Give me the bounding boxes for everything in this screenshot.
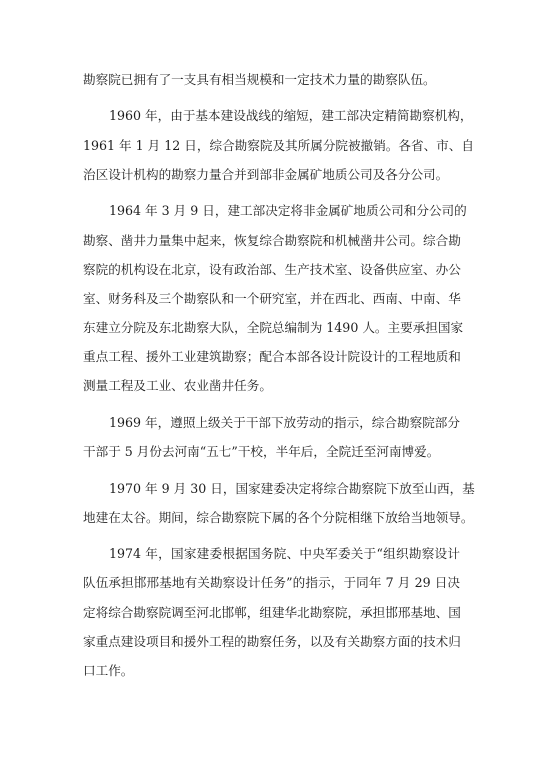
text-line: 家重点建设项目和援外工程的勘察任务，以及有关勘察方面的技术归 bbox=[83, 627, 460, 656]
text-line: 重点工程、援外工业建筑勘察；配合本部各设计院设计的工程地质和 bbox=[83, 342, 460, 371]
text-line: 干部于 5 月份去河南“五七”干校，半年后，全院迁至河南博爱。 bbox=[83, 437, 460, 466]
paragraph-3: 1964 年 3 月 9 日，建工部决定将非金属矿地质公司和分公司的 勘察、凿井… bbox=[83, 196, 460, 400]
paragraph-6: 1974 年，国家建委根据国务院、中央军委关于“组织勘察设计 队伍承担邯邢基地有… bbox=[83, 539, 460, 685]
text-line: 1960 年，由于基本建设战线的缩短，建工部决定精简勘察机构， bbox=[83, 101, 460, 130]
text-line: 治区设计机构的勘察力量合并到部非金属矿地质公司及各分公司。 bbox=[83, 160, 460, 189]
text-line: 地建在太谷。期间，综合勘察院下属的各个分院相继下放给当地领导。 bbox=[83, 503, 460, 532]
text-line: 察院的机构设在北京，设有政治部、生产技术室、设备供应室、办公 bbox=[83, 255, 460, 284]
text-line: 测量工程及工业、农业凿井任务。 bbox=[83, 371, 460, 400]
text-line: 室、财务科及三个勘察队和一个研究室，并在西北、西南、中南、华 bbox=[83, 284, 460, 313]
text-line: 东建立分院及东北勘察大队，全院总编制为 1490 人。主要承担国家 bbox=[83, 313, 460, 342]
paragraph-1: 勘察院已拥有了一支具有相当规模和一定技术力量的勘察队伍。 bbox=[83, 65, 460, 94]
text-line: 勘察、凿井力量集中起来，恢复综合勘察院和机械凿井公司。综合勘 bbox=[83, 226, 460, 255]
text-line: 1969 年，遵照上级关于干部下放劳动的指示，综合勘察院部分 bbox=[83, 408, 460, 437]
text-line: 1974 年，国家建委根据国务院、中央军委关于“组织勘察设计 bbox=[83, 539, 460, 568]
text-line: 1970 年 9 月 30 日，国家建委决定将综合勘察院下放至山西，基 bbox=[83, 474, 460, 503]
paragraph-5: 1970 年 9 月 30 日，国家建委决定将综合勘察院下放至山西，基 地建在太… bbox=[83, 474, 460, 532]
text-line: 队伍承担邯邢基地有关勘察设计任务”的指示，于同年 7 月 29 日决 bbox=[83, 568, 460, 597]
text-line: 1964 年 3 月 9 日，建工部决定将非金属矿地质公司和分公司的 bbox=[83, 196, 460, 225]
text-line: 勘察院已拥有了一支具有相当规模和一定技术力量的勘察队伍。 bbox=[83, 65, 460, 94]
document-body: 勘察院已拥有了一支具有相当规模和一定技术力量的勘察队伍。 1960 年，由于基本… bbox=[83, 65, 460, 685]
text-line: 1961 年 1 月 12 日，综合勘察院及其所属分院被撤销。各省、市、自 bbox=[83, 131, 460, 160]
paragraph-4: 1969 年，遵照上级关于干部下放劳动的指示，综合勘察院部分 干部于 5 月份去… bbox=[83, 408, 460, 466]
text-line: 口工作。 bbox=[83, 656, 460, 685]
text-line: 定将综合勘察院调至河北邯郸，组建华北勘察院，承担邯邢基地、国 bbox=[83, 598, 460, 627]
paragraph-2: 1960 年，由于基本建设战线的缩短，建工部决定精简勘察机构， 1961 年 1… bbox=[83, 101, 460, 189]
document-page: 勘察院已拥有了一支具有相当规模和一定技术力量的勘察队伍。 1960 年，由于基本… bbox=[0, 0, 543, 768]
